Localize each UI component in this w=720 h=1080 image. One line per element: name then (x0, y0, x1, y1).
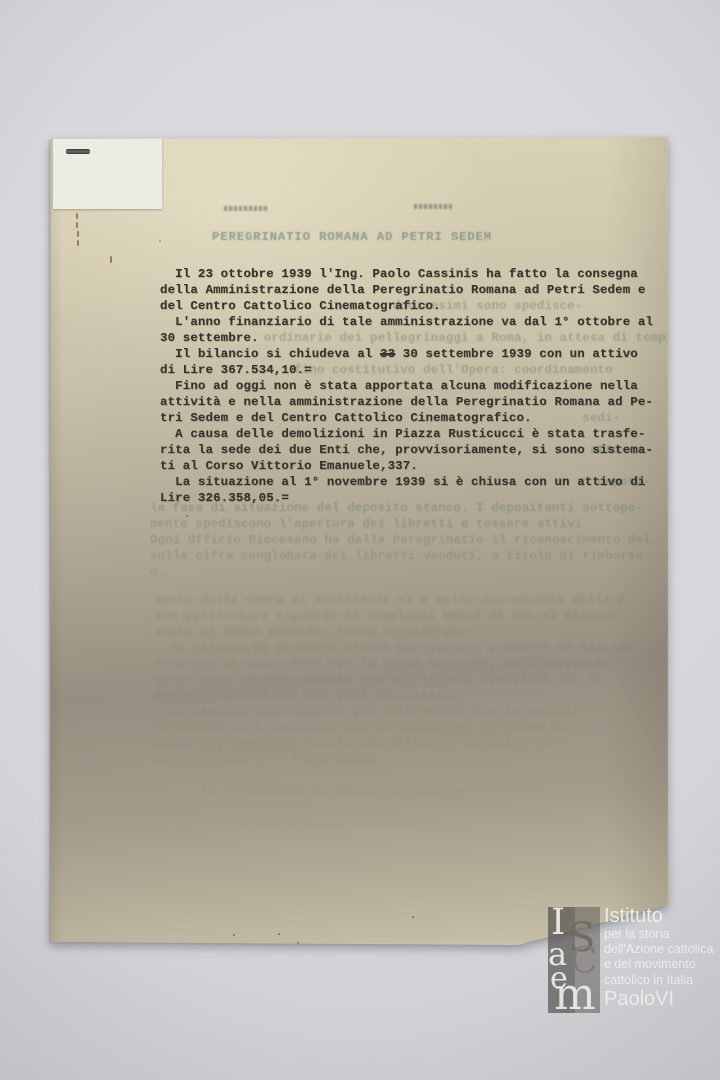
red-dash-mark (77, 240, 79, 246)
watermark-line-paolovi: PaoloVI (604, 988, 720, 1010)
isacem-letter-e: e (550, 964, 568, 994)
watermark-line: cattolico in Italia (604, 973, 720, 988)
line6-pre: Il bilancio si chiudeva al (160, 347, 380, 361)
watermark-line: e del movimento (604, 957, 720, 972)
photograph-background: PEREGRINATIO ROMANA AD PETRI SEDEM dodic… (0, 0, 720, 1080)
bleedthrough-lower-lines: la fase di situazione del deposito stanc… (150, 500, 651, 580)
red-dash-mark (77, 231, 79, 237)
typed-paragraphs-bottom: di Lire 367.534,10.= Fino ad oggi non è … (160, 362, 653, 506)
sticker-ink-mark (66, 149, 90, 154)
line6-struck-number: 33 (380, 347, 395, 361)
isacem-letter-c: C (570, 944, 598, 980)
bleedthrough-illegible-lines: mento della opera di assistenza si è mol… (155, 592, 633, 832)
paper-speck (278, 933, 280, 935)
archival-sticker (53, 138, 162, 209)
paper-speck (297, 942, 299, 944)
red-dash-mark (76, 222, 78, 228)
typed-line-with-strikeout: Il bilancio si chiudeva al 33 30 settemb… (160, 346, 638, 362)
typed-paragraphs-top: Il 23 ottobre 1939 l'Ing. Paolo Cassinis… (160, 266, 653, 346)
isacem-letter-m: m (554, 973, 596, 1017)
red-dash-mark (110, 256, 112, 263)
paper-speck (233, 934, 235, 936)
document-paper-wrap: PEREGRINATIO ROMANA AD PETRI SEDEM dodic… (50, 137, 668, 947)
document-paper: PEREGRINATIO ROMANA AD PETRI SEDEM dodic… (50, 137, 668, 947)
line6-post: 30 settembre 1939 con un attivo (395, 347, 638, 361)
pencil-smudge (414, 204, 452, 209)
ghost-title: PEREGRINATIO ROMANA AD PETRI SEDEM (212, 229, 492, 245)
paper-speck (159, 240, 161, 242)
red-dash-mark (76, 213, 78, 219)
paper-speck (412, 916, 414, 918)
paper-speck (186, 515, 188, 517)
pencil-smudge (224, 206, 268, 211)
